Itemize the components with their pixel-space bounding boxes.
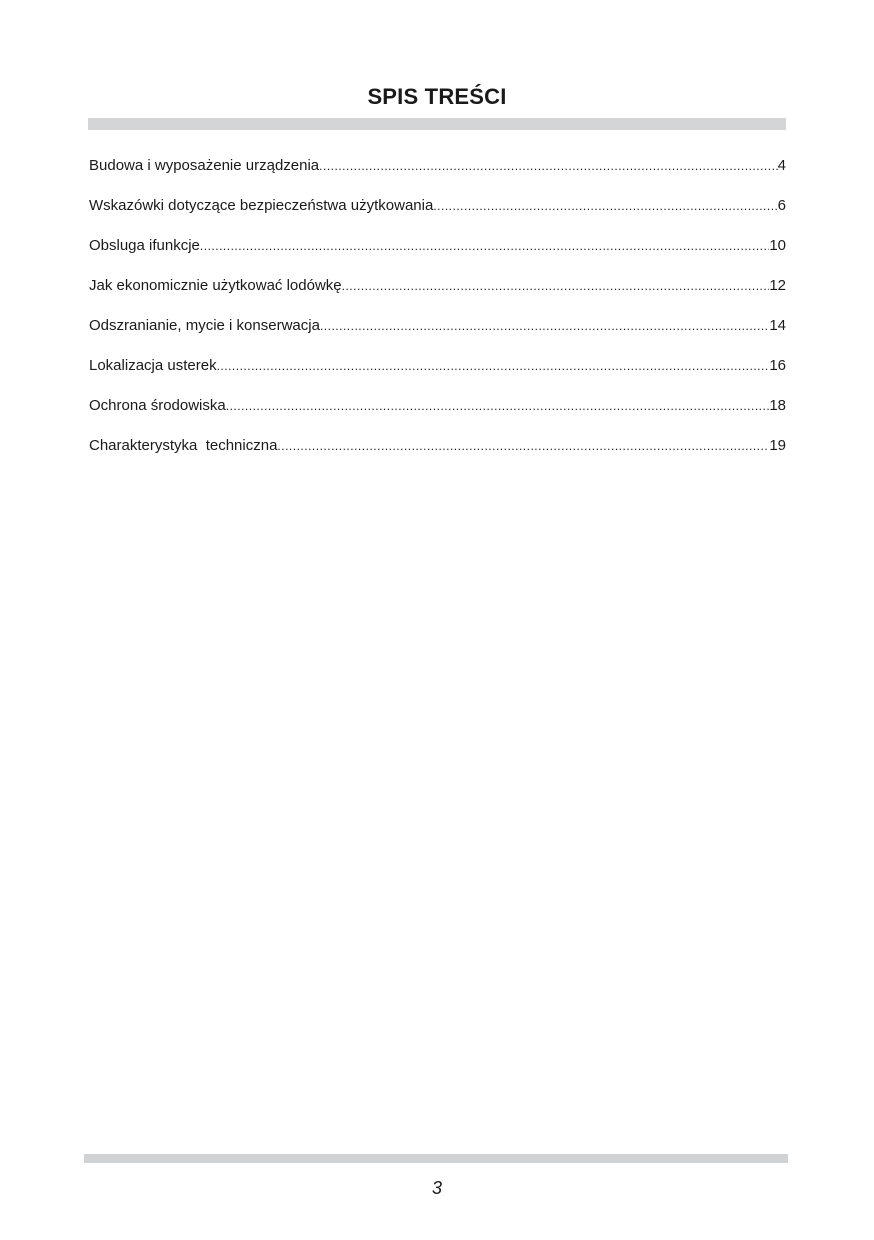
toc-entry: Charakterystyka techniczna 19 <box>89 436 786 476</box>
toc-entry-label: Ochrona środowiska <box>89 396 226 416</box>
header-divider-bar <box>88 118 786 130</box>
toc-leader-dots <box>342 276 770 296</box>
toc-entry: Odszranianie, mycie i konserwacja 14 <box>89 316 786 356</box>
toc-entry: Obsluga ifunkcje 10 <box>89 236 786 276</box>
page-title: SPIS TREŚCI <box>0 84 874 110</box>
toc-entry: Ochrona środowiska 18 <box>89 396 786 436</box>
table-of-contents: Budowa i wyposażenie urządzenia 4 Wskazó… <box>89 156 786 476</box>
toc-entry-page: 14 <box>769 316 786 336</box>
toc-leader-dots <box>226 396 770 416</box>
toc-leader-dots <box>200 236 769 256</box>
toc-entry: Budowa i wyposażenie urządzenia 4 <box>89 156 786 196</box>
toc-entry-page: 4 <box>778 156 786 176</box>
toc-entry-label: Budowa i wyposażenie urządzenia <box>89 156 319 176</box>
footer-divider-bar <box>84 1154 788 1163</box>
toc-entry: Lokalizacja usterek 16 <box>89 356 786 396</box>
toc-entry-label: Obsluga ifunkcje <box>89 236 200 256</box>
toc-leader-dots <box>277 436 769 456</box>
toc-entry-label: Lokalizacja usterek <box>89 356 217 376</box>
toc-entry-label: Jak ekonomicznie użytkować lodówkę <box>89 276 342 296</box>
toc-leader-dots <box>217 356 770 376</box>
toc-entry-page: 6 <box>778 196 786 216</box>
toc-entry-page: 10 <box>769 236 786 256</box>
toc-entry-label: Wskazówki dotyczące bezpieczeństwa użytk… <box>89 196 433 216</box>
toc-entry: Jak ekonomicznie użytkować lodówkę 12 <box>89 276 786 316</box>
toc-entry-page: 12 <box>769 276 786 296</box>
toc-leader-dots <box>319 156 778 176</box>
toc-leader-dots <box>433 196 777 216</box>
toc-entry-page: 16 <box>769 356 786 376</box>
toc-entry-page: 18 <box>769 396 786 416</box>
toc-leader-dots <box>320 316 769 336</box>
toc-entry: Wskazówki dotyczące bezpieczeństwa użytk… <box>89 196 786 236</box>
toc-entry-label: Charakterystyka techniczna <box>89 436 277 456</box>
toc-entry-page: 19 <box>769 436 786 456</box>
page-number: 3 <box>0 1178 874 1199</box>
toc-entry-label: Odszranianie, mycie i konserwacja <box>89 316 320 336</box>
